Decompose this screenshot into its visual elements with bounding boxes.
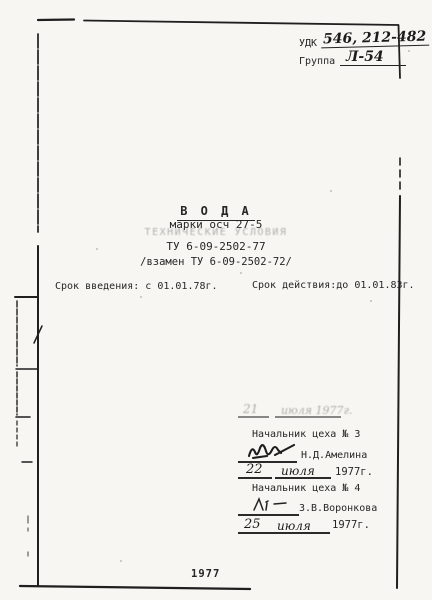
scan-speck [240, 272, 242, 274]
chief3-signature-mark [247, 441, 299, 462]
effective-date-line: Срок введения: с 01.01.78г. [55, 281, 218, 292]
chief4-signature-mark [250, 497, 294, 514]
chief3-name: Н.Д.Амелина [301, 450, 367, 461]
title-row: В О Д А [0, 200, 432, 219]
chief3-date-year: 1977г. [335, 466, 373, 478]
chief3-title: Начальник цеха № 3 [252, 429, 360, 440]
top-border-line-left [38, 20, 74, 21]
scan-speck [120, 560, 122, 562]
chief4-date-day: 25 [244, 517, 261, 532]
valid-until-line: Срок действия:до 01.01.83г. [252, 280, 415, 291]
chief4-signature-line [238, 514, 299, 516]
ghost-type-row: ТЕХНИЧЕСКИЕ УСЛОВИЯ [0, 227, 432, 238]
chief4-date-year: 1977г. [332, 519, 370, 531]
chief4-date-underline-2 [272, 532, 330, 534]
chief4-name: З.В.Воронкова [299, 503, 377, 514]
scanned-document-page: УДК 546, 212-482 Группа Л-54 В О Д А мар… [0, 0, 432, 600]
replaces-row: /взамен ТУ 6-09-2502-72/ [0, 256, 432, 268]
udk-value: 546, 212-482 [321, 29, 430, 49]
faded-date-day: 21 [243, 402, 258, 416]
ghost-type-line: ТЕХНИЧЕСКИЕ УСЛОВИЯ [145, 227, 288, 238]
scan-speck [96, 248, 98, 250]
chief4-date-underline-1 [238, 532, 272, 534]
agreed-label-ghost: Согласовано: [74, 297, 146, 303]
scan-speck [140, 296, 142, 298]
udk-label: УДК [299, 38, 317, 49]
faded-date-underline-2 [275, 416, 341, 418]
developed-label-ghost: Разработано: [288, 297, 360, 305]
replaces-line: /взамен ТУ 6-09-2502-72/ [140, 256, 292, 268]
tu-number-row: ТУ 6-09-2502-77 [0, 240, 432, 253]
scan-speck [408, 50, 410, 52]
footer-year: 1977 [191, 568, 220, 580]
chief4-title: Начальник цеха № 4 [252, 483, 360, 494]
tu-number: ТУ 6-09-2502-77 [166, 240, 265, 253]
faded-date-underline-1 [238, 416, 269, 418]
group-value: Л-54 [340, 49, 406, 66]
top-border-line-right [84, 21, 398, 26]
right-border-line [397, 196, 400, 588]
bottom-border-line [20, 586, 250, 589]
scan-speck [370, 300, 372, 302]
chief3-date-day: 22 [246, 462, 263, 477]
chief3-date-month: июля [281, 464, 315, 478]
chief3-date-underline-1 [238, 477, 272, 479]
scan-speck [330, 190, 332, 192]
chief4-date-month: июля [277, 519, 311, 533]
chief3-date-underline-2 [275, 477, 331, 479]
group-label: Группа [299, 56, 335, 67]
